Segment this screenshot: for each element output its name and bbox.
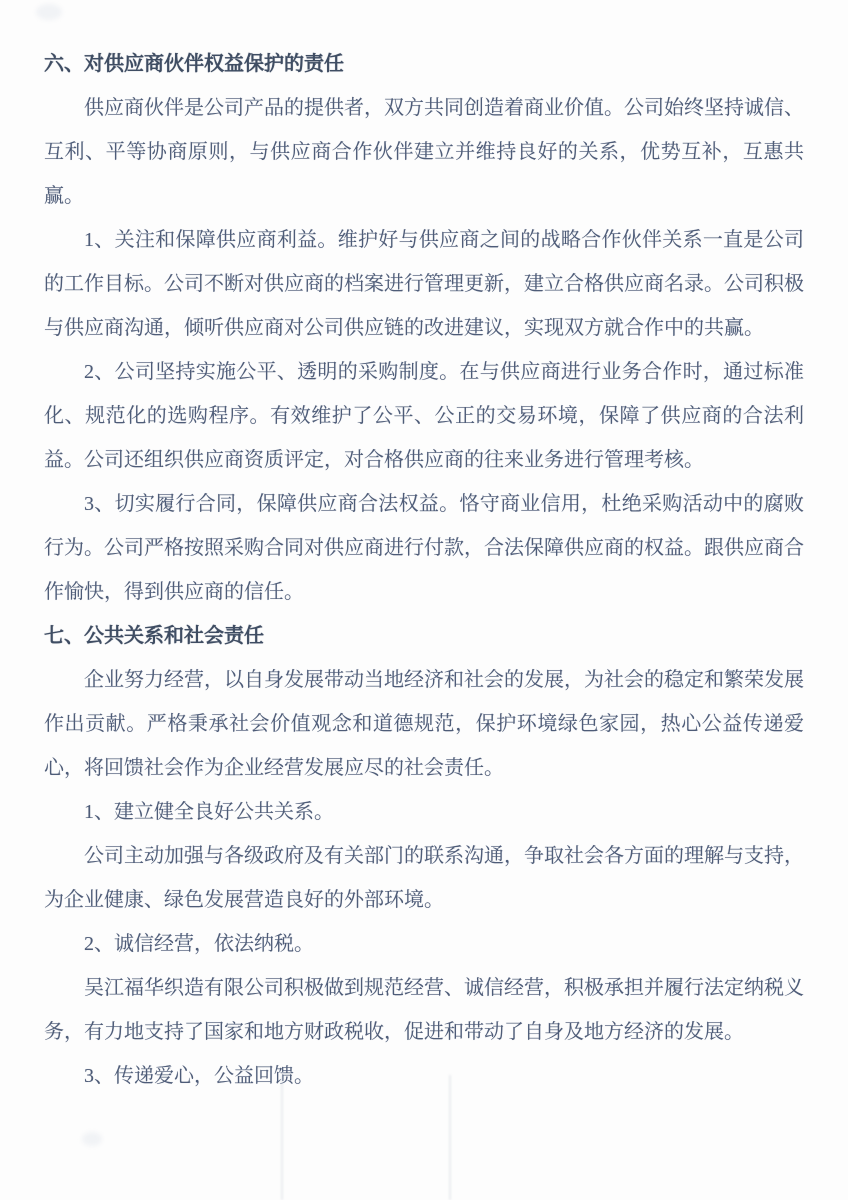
paragraph-social-item-2: 2、诚信经营，依法纳税。 — [44, 922, 804, 966]
paragraph-social-item-1: 1、建立健全良好公共关系。 — [44, 790, 804, 834]
paragraph-social-item-1-detail: 公司主动加强与各级政府及有关部门的联系沟通，争取社会各方面的理解与支持，为企业健… — [44, 834, 804, 922]
scan-streak-left — [281, 1075, 283, 1200]
paragraph-supplier-intro: 供应商伙伴是公司产品的提供者，双方共同创造着商业价值。公司始终坚持诚信、互利、平… — [44, 86, 804, 218]
document-page: 六、对供应商伙伴权益保护的责任 供应商伙伴是公司产品的提供者，双方共同创造着商业… — [0, 0, 848, 1200]
paragraph-supplier-item-3: 3、切实履行合同，保障供应商合法权益。恪守商业信用，杜绝采购活动中的腐败行为。公… — [44, 482, 804, 614]
paragraph-supplier-item-2: 2、公司坚持实施公平、透明的采购制度。在与供应商进行业务合作时，通过标准化、规范… — [44, 350, 804, 482]
section-heading-supplier-responsibility: 六、对供应商伙伴权益保护的责任 — [44, 42, 804, 86]
paragraph-social-item-2-detail: 吴江福华织造有限公司积极做到规范经营、诚信经营，积极承担并履行法定纳税义务，有力… — [44, 966, 804, 1054]
section-heading-public-relations: 七、公共关系和社会责任 — [44, 614, 804, 658]
paragraph-social-intro: 企业努力经营，以自身发展带动当地经济和社会的发展，为社会的稳定和繁荣发展作出贡献… — [44, 658, 804, 790]
paragraph-social-item-3: 3、传递爱心，公益回馈。 — [44, 1054, 804, 1098]
scan-streak-right — [449, 1075, 451, 1200]
paragraph-supplier-item-1: 1、关注和保障供应商利益。维护好与供应商之间的战略合作伙伴关系一直是公司的工作目… — [44, 218, 804, 350]
scan-smudge-top-left — [36, 4, 62, 20]
scan-smudge-bottom-left — [82, 1132, 102, 1146]
document-body: 六、对供应商伙伴权益保护的责任 供应商伙伴是公司产品的提供者，双方共同创造着商业… — [44, 42, 804, 1098]
